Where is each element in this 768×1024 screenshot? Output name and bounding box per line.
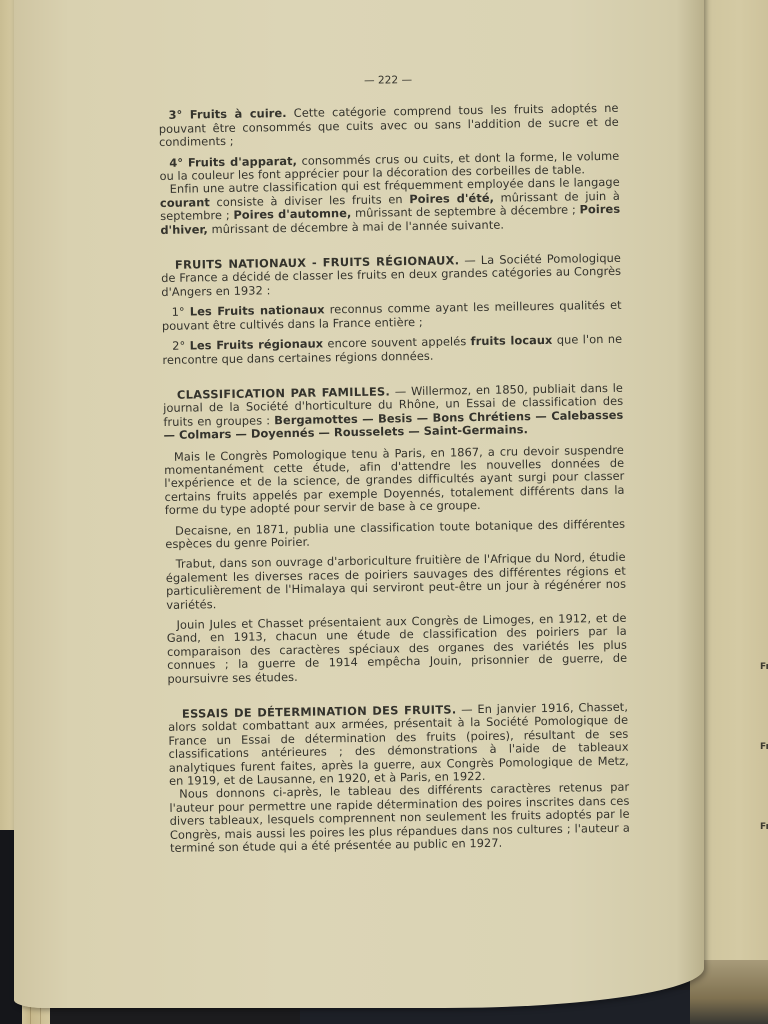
book-photo: Fr Fr Fr — 222 — 3° Fruits à cuire. Cett…	[0, 0, 768, 1024]
next-page-fragment: Fr	[760, 742, 768, 752]
page-text: — 222 — 3° Fruits à cuire. Cette catégor…	[158, 71, 630, 863]
paragraph-fruits-nationaux: 1° Les Fruits nationaux reconnus comme a…	[162, 299, 622, 333]
section-fruits-nationaux: FRUITS NATIONAUX - FRUITS RÉGIONAUX. — L…	[161, 252, 622, 299]
paragraph-congres: Mais le Congrès Pomologique tenu à Paris…	[164, 443, 625, 517]
next-page: Fr Fr Fr	[696, 0, 768, 960]
paragraph-jouin: Jouin Jules et Chasset présentaient aux …	[166, 612, 627, 686]
paragraph-enfin: Enfin une autre classification qui est f…	[160, 176, 621, 237]
next-page-fragment: Fr	[760, 662, 768, 672]
item-number: 2°	[172, 339, 190, 353]
next-page-fragment: Fr	[760, 822, 768, 832]
section-essais: ESSAIS DE DÉTERMINATION DES FRUITS. — En…	[168, 701, 629, 789]
section-classification: CLASSIFICATION PAR FAMILLES. — Willermoz…	[163, 382, 624, 443]
paragraph-trabut: Trabut, dans son ouvrage d'arboriculture…	[166, 551, 627, 612]
item-number: 1°	[172, 305, 190, 319]
paragraph-nous-donnons: Nous donnons ci-après, le tableau des di…	[169, 781, 630, 855]
bold-term: fruits locaux	[471, 333, 553, 348]
paragraph-decaisne: Decaisne, en 1871, publia une classifica…	[165, 517, 625, 551]
paragraph-fruits-a-cuire: 3° Fruits à cuire. Cette catégorie compr…	[158, 102, 619, 149]
paragraph-fruits-regionaux: 2° Les Fruits régionaux encore souvent a…	[162, 333, 622, 367]
